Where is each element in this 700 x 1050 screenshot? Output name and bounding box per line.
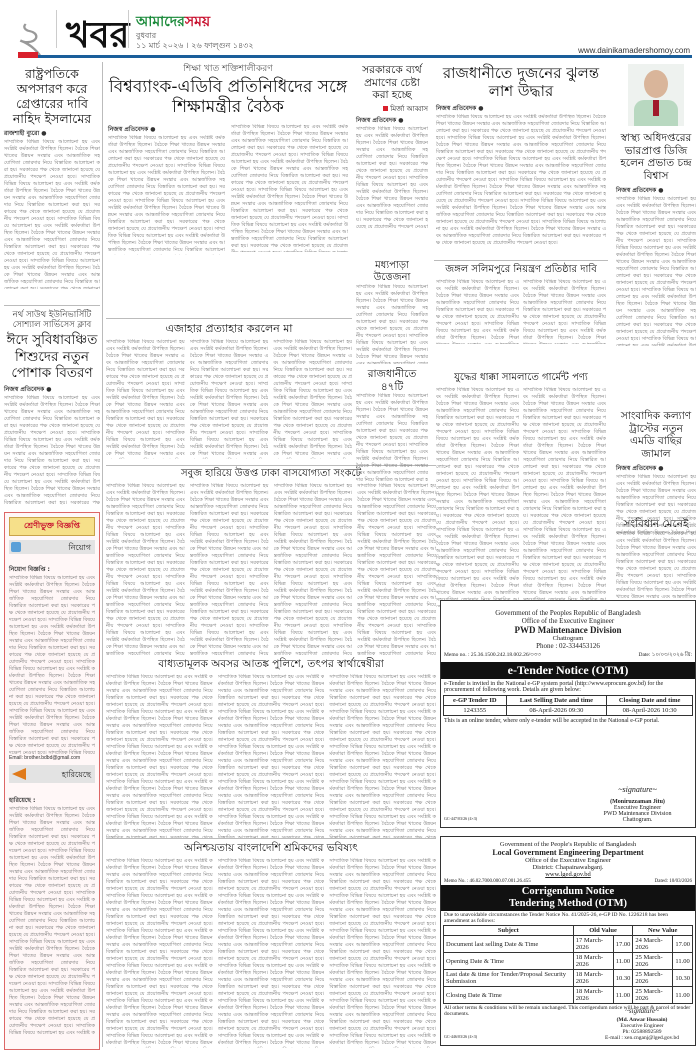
notice-title: Corrigendum NoticeTendering Method (OTM) [441,885,695,911]
article-body: সাম্প্রতিক বিভিন্ন বিষয়ে আলোচনা হয় এবং… [356,393,428,481]
article-jangal[interactable]: জঙ্গল সলিমপুরে নিয়ন্ত্রণ প্রতিষ্ঠার দাব… [436,264,606,344]
article-body: সাম্প্রতিক বিভিন্ন বিষয়ে আলোচনা হয় এবং… [356,284,428,364]
article-rajdhani47[interactable]: রাজধানীতে ৪৭টি সাম্প্রতিক বিভিন্ন বিষয়ে… [356,368,428,481]
headline[interactable]: অনিশ্চয়তায় বাংলাদেশি শ্রমিকদের ভবিষ্যৎ [106,842,436,855]
reporter: নিজস্ব প্রতিবেদক ● [436,103,606,114]
phone-line: Phone : 02-334453126 [441,642,695,650]
recruit-body: সাম্প্রতিক বিভিন্ন বিষয়ে আলোচনা হয় এবং… [9,575,95,755]
headline[interactable]: রাজধানীতে দুজনের ঝুলন্ত লাশ উদ্ধার [436,64,606,100]
headline[interactable]: মধ্যপাড়া উত্তেজনা [356,260,428,284]
megaphone-icon [12,768,26,780]
issue-date: ১১ মার্চ ২০২৬ । ২৬ ফাল্গুন ১৪৩২ [136,40,254,53]
bullet-icon [383,106,388,111]
divider [434,260,608,261]
article-body: সাম্প্রতিক বিভিন্ন বিষয়ে আলোচনা হয় এবং… [436,387,519,607]
article-green[interactable]: সবুজ হারিয়ে উত্তপ্ত ঢাকা বাসযোগ্যতা সংক… [106,468,436,655]
section-title: খবর [66,8,129,68]
article-body: সাম্প্রতিক বিভিন্ন বিষয়ে আলোচনা হয় এবং… [190,483,269,655]
article-nahid[interactable]: রাষ্ট্রপতিকে অপসারণ করে গ্রেপ্তারের দাবি… [4,66,100,289]
article-ejahar[interactable]: এজাহার প্রত্যাহার করলেন মা সাম্প্রতিক বি… [106,322,352,459]
article-body: সাম্প্রতিক বিভিন্ন বিষয়ে আলোচনা হয় এবং… [616,531,696,606]
missing-label: হারিয়েছে [62,769,91,782]
article-body: সাম্প্রতিক বিভিন্ন বিষয়ে আলোচনা হয় এবং… [436,279,519,344]
article-body: সাম্প্রতিক বিভিন্ন বিষয়ে আলোচনা হয় এবং… [106,483,185,655]
recruit-lead: নিয়োগ বিজ্ঞপ্তি : [9,566,50,573]
website-link[interactable]: www.dainikamadershomoy.com [578,46,690,55]
article-body: সাম্প্রতিক বিভিন্ন বিষয়ে আলোচনা হয় এবং… [4,395,100,505]
article-retirement[interactable]: বাধ্যতামূলক অবসর আতঙ্ক পুলিশে, তৎপর স্বা… [106,658,436,839]
article-body: সাম্প্রতিক বিভিন্ন বিষয়ে আলোচনা হয় এবং… [4,139,100,289]
article-body: সাম্প্রতিক বিভিন্ন বিষয়ে আলোচনা হয় এবং… [218,858,325,1048]
divider [106,318,352,319]
headline[interactable]: জঙ্গল সলিমপুরে নিয়ন্ত্রণ প্রতিষ্ঠার দাব… [436,264,606,276]
missing-body: সাম্প্রতিক বিভিন্ন বিষয়ে আলোচনা হয় এবং… [9,806,95,1036]
article-body: সাম্প্রতিক বিভিন্ন বিষয়ে আলোচনা হয় এবং… [273,339,352,459]
person-icon [11,542,21,552]
article-body: সাম্প্রতিক বিভিন্ন বিষয়ে আলোচনা হয় এবং… [436,114,606,259]
contact-email[interactable]: Email: brother.bdbd@gmail.com [9,755,95,761]
article-body: সাম্প্রতিক বিভিন্ন বিষয়ে আলোচনা হয় এবং… [616,196,696,346]
article-body: সাম্প্রতিক বিভিন্ন বিষয়ে আলোচনা হয় এবং… [108,135,225,255]
article-bodies[interactable]: রাজধানীতে দুজনের ঝুলন্ত লাশ উদ্ধার নিজস্… [436,64,606,259]
headline[interactable]: সরকারকে ব্যর্থ প্রমাণের চেষ্টা করা হচ্ছে [356,64,428,102]
classifieds-title: শ্রেণীভুক্ত বিজ্ঞপ্তি [9,517,95,536]
article-body: সাম্প্রতিক বিভিন্ন বিষয়ে আলোচনা হয় এবং… [356,126,428,231]
corrigendum-table: SubjectOld ValueNew Value Document last … [443,925,693,1004]
memo-date: Dated: 10/03/2026 [655,879,692,884]
article-health-dg[interactable]: স্বাস্থ্য অধিদপ্তরের ভারপ্রাপ্ত ডিজি হলে… [616,64,696,346]
gov-line: Government of the Peoples Republic of Ba… [441,609,695,617]
divider [4,305,100,306]
headline[interactable]: রাজধানীতে ৪৭টি [356,368,428,393]
headline[interactable]: যুদ্ধের ধাক্কা সামলাতে গার্মেন্ট পণ্য [436,372,606,384]
missing-banner: হারিয়েছে [9,765,95,783]
article-mirza[interactable]: সরকারকে ব্যর্থ প্রমাণের চেষ্টা করা হচ্ছে… [356,64,428,231]
article-journalist[interactable]: সাংবাদিক কল্যাণ ট্রাস্টের নতুন এমডি বাছি… [616,410,696,534]
article-sambidhan[interactable]: সংবিধান মেনেই সাম্প্রতিক বিভিন্ন বিষয়ে … [616,518,696,606]
headline[interactable]: ঈদে সুবিধাবঞ্চিত শিশুদের নতুন পোশাক বিতর… [4,332,100,381]
article-body: সাম্প্রতিক বিভিন্ন বিষয়ে আলোচনা হয় এবং… [274,483,353,655]
byline: মির্জা আব্বাস [356,103,428,115]
tender-table: e-GP Tender IDLast Selling Date and time… [443,695,693,716]
article-body: সাম্প্রতিক বিভিন্ন বিষয়ে আলোচনা হয় এবং… [329,858,436,1048]
divider [128,10,129,48]
memo-no: Memo No. : 46.02.7000.000.07.001.26.455 [444,879,531,884]
memo-date: Date: ১০/০৩/২০২৬ খ্রি: [638,652,692,660]
article-body: সাম্প্রতিক বিভিন্ন বিষয়ে আলোচনা হয় এবং… [357,483,436,655]
missing-lead: হারিয়েছে : [9,797,35,804]
headline[interactable]: বাধ্যতামূলক অবসর আতঙ্ক পুলিশে, তৎপর স্বা… [106,658,436,671]
divider [106,838,436,839]
dept-line: Local Government Engineering Department [441,848,695,857]
portrait-photo [628,64,684,126]
article-body: সাম্প্রতিক বিভিন্ন বিষয়ে আলোচনা হয় এবং… [218,674,325,839]
headline[interactable]: এজাহার প্রত্যাহার করলেন মা [106,322,352,335]
gov-line: Government of the People's Republic of B… [441,841,695,848]
division-line: PWD Maintenance Division [441,625,695,635]
article-body: সাম্প্রতিক বিভিন্ন বিষয়ে আলোচনা হয় এবং… [523,387,606,607]
divider [56,10,57,48]
article-education[interactable]: শিক্ষা খাত শক্তিশালীকরণ বিশ্বব্যাংক-এডিব… [108,64,348,255]
reporter: নিজস্ব প্রতিবেদক ● [356,115,428,126]
gc-code: GC-447/03/26 (4×3) [444,816,477,821]
article-garments[interactable]: যুদ্ধের ধাক্কা সামলাতে গার্মেন্ট পণ্য সা… [436,372,606,607]
recruit-label: নিয়োগ [68,542,91,555]
website-link[interactable]: www.lged.gov.bd [441,871,695,878]
article-body: সাম্প্রতিক বিভিন্ন বিষয়ে আলোচনা হয় এবং… [523,279,606,344]
headline[interactable]: রাষ্ট্রপতিকে অপসারণ করে গ্রেপ্তারের দাবি… [4,66,100,126]
tender-notice-pwd: Government of the Peoples Republic of Ba… [440,600,696,828]
article-body: সাম্প্রতিক বিভিন্ন বিষয়ে আলোচনা হয় এবং… [106,674,213,839]
kicker: নর্থ সাউথ ইউনিভার্সিটি সোশ্যাল সার্ভিসেস… [4,310,100,330]
reporter: নিজস্ব প্রতিবেদক ● [616,463,696,474]
reporter: নিজস্ব প্রতিবেদক ● [616,185,696,196]
headline[interactable]: বিশ্বব্যাংক-এডিবি প্রতিনিধিদের সঙ্গে শিক… [108,77,348,118]
gc-code: GC-446/03/26 (4×3) [444,1034,477,1039]
reporter: রাজশাহী ব্যুরো ● [4,128,100,139]
header-rule [38,55,692,58]
office-line: Office of the Executive Engineer [441,617,695,625]
kicker: শিক্ষা খাত শক্তিশালীকরণ [108,64,348,75]
tender-notice-lged: Government of the People's Republic of B… [440,836,696,1046]
masthead: ২ খবর আমাদেরসময় বুধবার ১১ মার্চ ২০২৬ । … [0,0,700,58]
notice-intro: Due to unavoidable circumstances the Ten… [441,911,695,925]
article-body: সাম্প্রতিক বিভিন্ন বিষয়ে আলোচনা হয় এবং… [106,339,185,459]
headline[interactable]: সাংবাদিক কল্যাণ ট্রাস্টের নতুন এমডি বাছি… [616,410,696,460]
notice-intro: e-Tender is invited in the National e-GP… [441,679,695,695]
contact-email[interactable]: E-mail : xen.cnganj@lged.gov.bd [597,1035,687,1041]
column-rule [102,62,103,1047]
headline[interactable]: স্বাস্থ্য অধিদপ্তরের ভারপ্রাপ্ত ডিজি হলে… [616,132,696,182]
article-body: সাম্প্রতিক বিভিন্ন বিষয়ে আলোচনা হয় এবং… [329,674,436,839]
article-body: সাম্প্রতিক বিভিন্ন বিষয়ে আলোচনা হয় এবং… [190,339,269,459]
article-body: সাম্প্রতিক বিভিন্ন বিষয়ে আলোচনা হয় এবং… [231,124,348,252]
classifieds-box: শ্রেণীভুক্ত বিজ্ঞপ্তি নিয়োগ নিয়োগ বিজ্… [4,512,100,1050]
accent-bar [18,52,38,58]
article-body: সাম্প্রতিক বিভিন্ন বিষয়ে আলোচনা হয় এবং… [106,858,213,1048]
article-madhyapara[interactable]: মধ্যপাড়া উত্তেজনা সাম্প্রতিক বিভিন্ন বি… [356,260,428,364]
article-workers[interactable]: অনিশ্চয়তায় বাংলাদেশি শ্রমিকদের ভবিষ্যৎ… [106,842,436,1048]
reporter: নিজস্ব প্রতিবেদক ● [4,384,100,395]
article-north-south[interactable]: নর্থ সাউথ ইউনিভার্সিটি সোশ্যাল সার্ভিসেস… [4,310,100,505]
notice-title: e-Tender Notice (OTM) [441,662,695,679]
memo-no: Memo no. : 25.36.1500.242.18.002.26/৩৩৩ [444,652,541,660]
recruit-banner: নিয়োগ [9,540,95,554]
city-line: Chattogram [441,635,695,642]
reporter: নিজস্ব প্রতিবেদক ● [108,124,225,135]
notice-note: This is an online tender, where only e-t… [441,716,695,726]
headline[interactable]: সংবিধান মেনেই [616,518,696,531]
